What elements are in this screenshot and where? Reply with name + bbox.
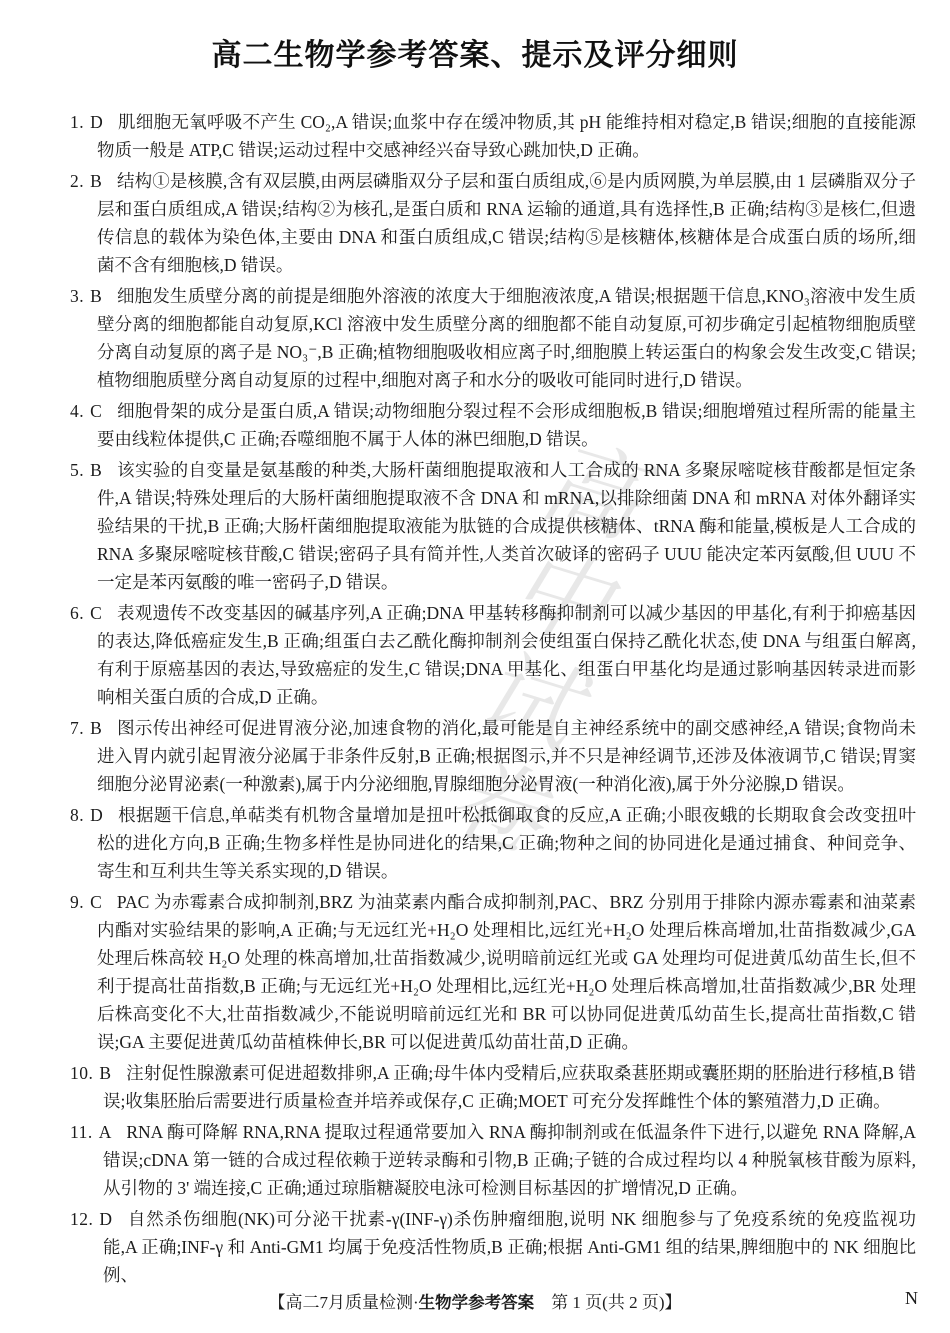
- item-number: 4.: [70, 401, 84, 421]
- item-number: 2.: [70, 171, 84, 191]
- item-explanation: 图示传出神经可促进胃液分泌,加速食物的消化,最可能是自主神经系统中的副交感神经,…: [97, 718, 916, 794]
- item-explanation: 细胞骨架的成分是蛋白质,A 错误;动物细胞分裂过程不会形成细胞板,B 错误;细胞…: [97, 401, 916, 449]
- answer-item: 11.ARNA 酶可降解 RNA,RNA 提取过程通常要加入 RNA 酶抑制剂或…: [35, 1118, 916, 1202]
- item-explanation: 表观遗传不改变基因的碱基序列,A 正确;DNA 甲基转移酶抑制剂可以减少基因的甲…: [97, 603, 916, 707]
- item-answer: D: [99, 1209, 112, 1229]
- answer-item: 3.B细胞发生质壁分离的前提是细胞外溶液的浓度大于细胞液浓度,A 错误;根据题干…: [35, 282, 916, 394]
- item-number: 10.: [70, 1063, 93, 1083]
- item-number: 9.: [70, 892, 84, 912]
- page-footer: 【高二7月质量检测·生物学参考答案 第 1 页(共 2 页)】 N: [0, 1288, 950, 1313]
- item-answer: B: [90, 171, 102, 191]
- item-number: 6.: [70, 603, 84, 623]
- item-explanation: RNA 酶可降解 RNA,RNA 提取过程通常要加入 RNA 酶抑制剂或在低温条…: [103, 1122, 916, 1198]
- footer-exam-label: 【高二7月质量检测·: [269, 1293, 419, 1312]
- item-answer: B: [90, 286, 102, 306]
- footer-subject-label: 生物学参考答案: [419, 1294, 535, 1312]
- document-page: 高中试卷 高二生物学参考答案、提示及评分细则 1.D肌细胞无氧呼吸不产生 CO₂…: [0, 0, 950, 1333]
- answer-item: 6.C表观遗传不改变基因的碱基序列,A 正确;DNA 甲基转移酶抑制剂可以减少基…: [35, 599, 916, 711]
- answer-item: 7.B图示传出神经可促进胃液分泌,加速食物的消化,最可能是自主神经系统中的副交感…: [35, 714, 916, 798]
- item-number: 3.: [70, 286, 84, 306]
- item-explanation: 结构①是核膜,含有双层膜,由两层磷脂双分子层和蛋白质组成,⑥是内质网膜,为单层膜…: [97, 171, 916, 275]
- footer-page-code: N: [905, 1288, 918, 1309]
- item-answer: B: [90, 460, 102, 480]
- answer-item: 5.B该实验的自变量是氨基酸的种类,大肠杆菌细胞提取液和人工合成的 RNA 多聚…: [35, 456, 916, 596]
- item-answer: C: [90, 892, 102, 912]
- item-explanation: 自然杀伤细胞(NK)可分泌干扰素-γ(INF-γ)杀伤肿瘤细胞,说明 NK 细胞…: [103, 1209, 916, 1285]
- item-explanation: PAC 为赤霉素合成抑制剂,BRZ 为油菜素内酯合成抑制剂,PAC、BRZ 分别…: [97, 892, 916, 1052]
- item-explanation: 细胞发生质壁分离的前提是细胞外溶液的浓度大于细胞液浓度,A 错误;根据题干信息,…: [97, 286, 916, 390]
- item-number: 11.: [70, 1122, 93, 1142]
- answers-list: 1.D肌细胞无氧呼吸不产生 CO₂,A 错误;血浆中存在缓冲物质,其 pH 能维…: [0, 108, 950, 1289]
- footer-page-info: 第 1 页(共 2 页)】: [534, 1293, 681, 1312]
- item-number: 1.: [70, 112, 84, 132]
- answer-item: 2.B结构①是核膜,含有双层膜,由两层磷脂双分子层和蛋白质组成,⑥是内质网膜,为…: [35, 167, 916, 279]
- item-number: 12.: [70, 1209, 93, 1229]
- item-answer: B: [99, 1063, 111, 1083]
- item-number: 7.: [70, 718, 84, 738]
- item-answer: C: [90, 401, 102, 421]
- item-number: 5.: [70, 460, 84, 480]
- item-answer: B: [90, 718, 102, 738]
- item-explanation: 肌细胞无氧呼吸不产生 CO₂,A 错误;血浆中存在缓冲物质,其 pH 能维持相对…: [97, 112, 916, 160]
- answer-item: 4.C细胞骨架的成分是蛋白质,A 错误;动物细胞分裂过程不会形成细胞板,B 错误…: [35, 397, 916, 453]
- item-number: 8.: [70, 805, 84, 825]
- item-explanation: 注射促性腺激素可促进超数排卵,A 正确;母牛体内受精后,应获取桑葚胚期或囊胚期的…: [103, 1063, 916, 1111]
- page-title: 高二生物学参考答案、提示及评分细则: [40, 30, 910, 74]
- item-answer: A: [99, 1122, 112, 1142]
- answer-item: 8.D根据题干信息,单萜类有机物含量增加是扭叶松抵御取食的反应,A 正确;小眼夜…: [35, 801, 916, 885]
- item-explanation: 根据题干信息,单萜类有机物含量增加是扭叶松抵御取食的反应,A 正确;小眼夜蛾的长…: [97, 805, 916, 881]
- item-answer: D: [90, 112, 103, 132]
- answer-item: 9.CPAC 为赤霉素合成抑制剂,BRZ 为油菜素内酯合成抑制剂,PAC、BRZ…: [35, 888, 916, 1056]
- answer-item: 10.B注射促性腺激素可促进超数排卵,A 正确;母牛体内受精后,应获取桑葚胚期或…: [35, 1059, 916, 1115]
- item-answer: D: [90, 805, 103, 825]
- answer-item: 1.D肌细胞无氧呼吸不产生 CO₂,A 错误;血浆中存在缓冲物质,其 pH 能维…: [35, 108, 916, 164]
- item-explanation: 该实验的自变量是氨基酸的种类,大肠杆菌细胞提取液和人工合成的 RNA 多聚尿嘧啶…: [97, 460, 916, 592]
- item-answer: C: [90, 603, 102, 623]
- answer-item: 12.D自然杀伤细胞(NK)可分泌干扰素-γ(INF-γ)杀伤肿瘤细胞,说明 N…: [35, 1205, 916, 1289]
